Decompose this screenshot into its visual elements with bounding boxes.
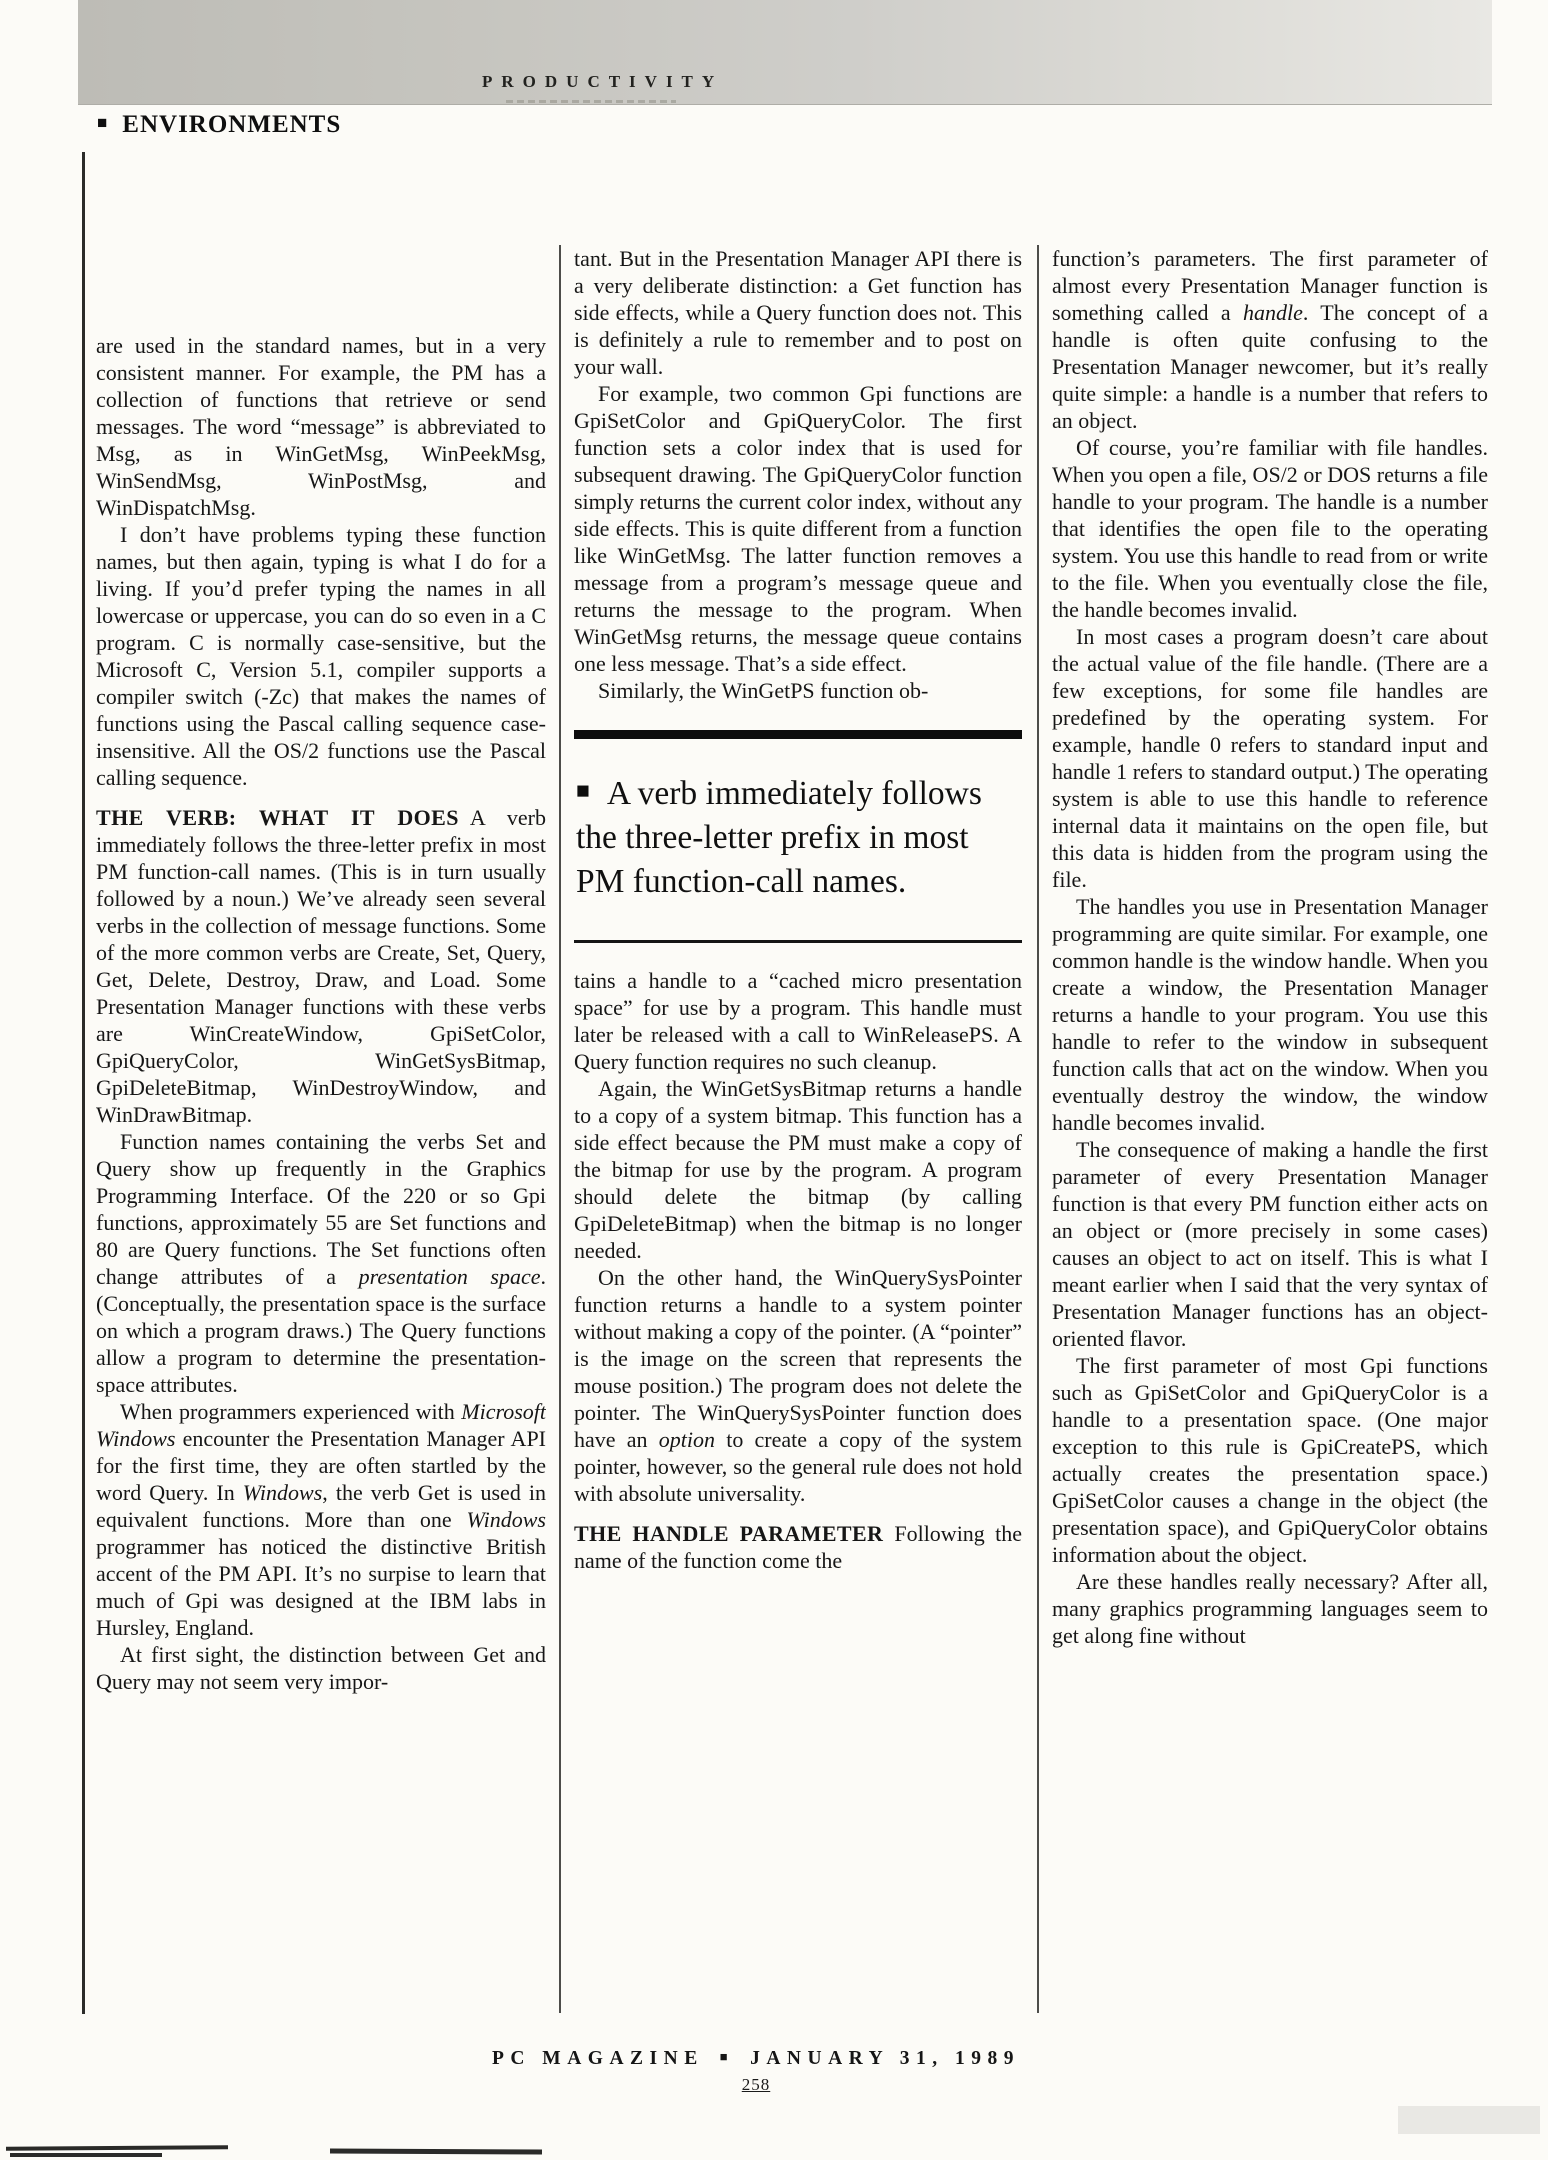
paragraph: Similarly, the WinGetPS function ob-	[574, 677, 1022, 704]
footer-date: JANUARY 31, 1989	[750, 2048, 1020, 2069]
running-head-rule	[506, 100, 676, 103]
paragraph: Of course, you’re familiar with file han…	[1052, 434, 1488, 623]
pull-quote-text: A verb immediately follows the three-let…	[576, 775, 982, 900]
scan-artifact	[6, 2145, 228, 2151]
scan-artifact	[10, 2153, 162, 2157]
footer-magazine: PC MAGAZINE	[492, 2048, 704, 2069]
subhead-paragraph: THE VERB: WHAT IT DOESA verb immediately…	[96, 804, 546, 1128]
page-number: 258	[742, 2075, 771, 2095]
paragraph: function’s parameters. The first paramet…	[1052, 245, 1488, 434]
running-head: PRODUCTIVITY	[482, 72, 723, 92]
pull-quote: ■A verb immediately follows the three-le…	[574, 730, 1022, 943]
paragraph: In most cases a program doesn’t care abo…	[1052, 623, 1488, 893]
article-column-2: tant. But in the Presentation Manager AP…	[574, 245, 1022, 2013]
subhead-paragraph: THE HANDLE PARAMETERFollowing the name o…	[574, 1520, 1022, 1574]
column-divider	[1037, 245, 1039, 2013]
paragraph: The handles you use in Presentation Mana…	[1052, 893, 1488, 1136]
run-in-subhead: THE HANDLE PARAMETER	[574, 1521, 883, 1546]
scan-smudge	[1398, 2106, 1540, 2134]
paragraph: When programmers experienced with Micros…	[96, 1398, 546, 1641]
section-heading: ■ENVIRONMENTS	[97, 111, 341, 139]
pull-quote-bullet-icon: ■	[576, 769, 590, 813]
paragraph: Function names containing the verbs Set …	[96, 1128, 546, 1398]
paragraph: Again, the WinGetSysBitmap returns a han…	[574, 1075, 1022, 1264]
paragraph: I don’t have problems typing these funct…	[96, 521, 546, 791]
paragraph: tains a handle to a “cached micro presen…	[574, 967, 1022, 1075]
section-bullet-icon: ■	[97, 113, 108, 133]
article-column-3: function’s parameters. The first paramet…	[1052, 245, 1488, 2013]
footer-bullet-icon: ■	[720, 2049, 734, 2065]
article-column-1: are used in the standard names, but in a…	[96, 332, 546, 2012]
paragraph: tant. But in the Presentation Manager AP…	[574, 245, 1022, 380]
paragraph: On the other hand, the WinQuerySysPointe…	[574, 1264, 1022, 1507]
column-divider	[559, 245, 561, 2013]
masthead-band	[78, 0, 1492, 105]
paragraph: Are these handles really necessary? Afte…	[1052, 1568, 1488, 1649]
paragraph: At first sight, the distinction between …	[96, 1641, 546, 1695]
section-left-rule	[82, 152, 85, 2014]
section-title: ENVIRONMENTS	[122, 111, 341, 138]
page-footer: PC MAGAZINE■JANUARY 31, 1989 258	[0, 2048, 1512, 2095]
paragraph: The first parameter of most Gpi function…	[1052, 1352, 1488, 1568]
paragraph: are used in the standard names, but in a…	[96, 332, 546, 521]
paragraph: For example, two common Gpi functions ar…	[574, 380, 1022, 677]
paragraph: The consequence of making a handle the f…	[1052, 1136, 1488, 1352]
run-in-subhead: THE VERB: WHAT IT DOES	[96, 805, 459, 830]
magazine-page: PRODUCTIVITY ■ENVIRONMENTS are used in t…	[0, 0, 1548, 2160]
scan-artifact	[330, 2148, 542, 2154]
footer-line: PC MAGAZINE■JANUARY 31, 1989	[0, 2048, 1512, 2070]
